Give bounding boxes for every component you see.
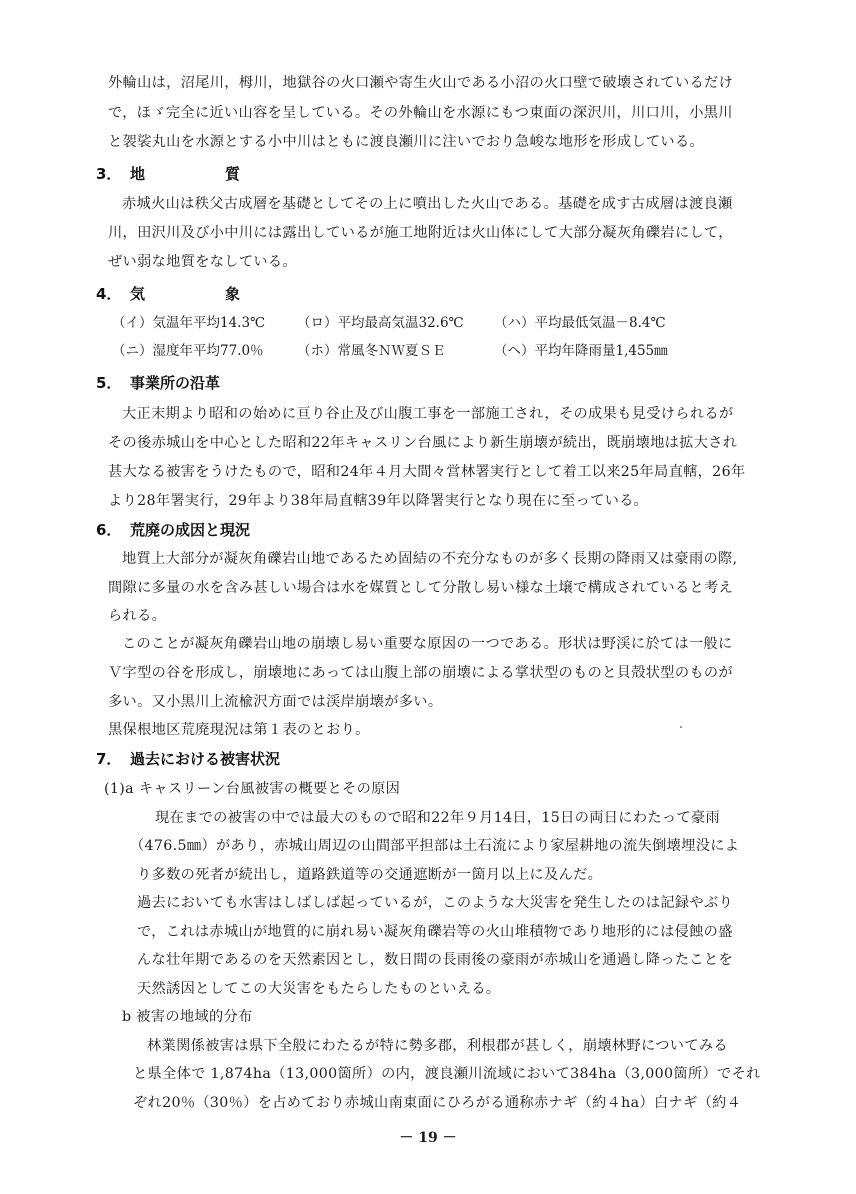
scan-speck [680,726,682,728]
section-7-heading: 7．過去における被害状況 [96,748,280,770]
section-number: 7． [96,748,130,770]
section-5-heading: 5．事業所の沿革 [96,372,220,394]
section-title-part: 地 [130,165,145,183]
section-number: 6． [96,519,130,541]
damage-a-line-5: で，これは赤城山が地質的に崩れ易い凝灰角礫岩等の火山堆積物であり地形的には侵蝕の… [137,922,733,942]
causes-line-7: 黒保根地区荒廃現況は第１表のとおり。 [108,720,370,740]
geology-line-1: 赤城火山は秩父古成層を基礎としてその上に噴出した火山である。基礎を成す古成層は渡… [122,194,733,214]
section-title-part: 質 [225,165,240,183]
history-line-3: 甚大なる被害をうけたもので，昭和24年４月大間々営林署実行として着工以来25年局… [108,462,745,482]
page-number: － 19 － [0,1127,856,1147]
damage-a-line-4: 過去においても水害はしばしば起っているが，このような大災害を発生したのは記録やぶ… [137,893,733,913]
section-title: 事業所の沿革 [130,374,220,392]
subsection-b-label: b 被害の地域的分布 [122,1007,253,1027]
section-title: 過去における被害状況 [130,750,280,768]
history-line-4: より28年署実行，29年より38年局直轄39年以降署実行となり現在に至っている。 [108,491,648,511]
causes-line-4: このことが凝灰角礫岩山地の崩壊し易い重要な原因の一つである。形状は野渓に於ては一… [122,634,733,654]
causes-line-2: 間隙に多量の水を含み甚しい場合は水を媒質として分散し易い様な土壌で構成されている… [108,578,733,598]
climate-item: （ロ）平均最高気温32.6℃ [297,313,464,333]
geology-line-3: ぜい弱な地質をなしている。 [108,252,297,272]
causes-line-1: 地質上大部分が凝灰角礫岩山地であるため固結の不充分なものが多く長期の降雨又は豪雨… [122,549,737,569]
geology-line-2: 川，田沢川及び小中川には露出しているが施工地附近は火山体にして大部分凝灰角礫岩に… [108,223,733,243]
section-4-heading: 4．気象 [96,283,240,305]
damage-b-line-1: 林業関係被害は県下全般にわたるが特に勢多郡，利根郡が甚しく，崩壊林野についてみる [147,1036,728,1056]
section-title-part: 気 [130,285,145,303]
intro-line-1: 外輪山は，沼尾川，栂川，地獄谷の火口瀬や寄生火山である小沼の火口壁で破壊されてい… [108,73,733,93]
section-number: 5． [96,372,130,394]
intro-line-3: と袈裟丸山を水源とする小中川はともに渡良瀬川に注いでおり急峻な地形を形成している… [108,132,704,152]
intro-line-2: で，ほゞ完全に近い山容を呈している。その外輪山を水源にもつ東面の深沢川，川口川，… [108,103,733,123]
damage-b-line-2: と県全体で 1,874ha（13,000箇所）の内，渡良瀬川流域において384h… [133,1064,761,1084]
section-title-part: 象 [225,285,240,303]
damage-b-line-3: ぞれ20％（30％）を占めており赤城山南東面にひろがる通称赤ナギ（約４ha）白ナ… [133,1093,741,1113]
climate-item: （ニ）湿度年平均77.0％ [112,341,264,361]
section-3-heading: 3．地質 [96,163,240,185]
section-title: 荒廃の成因と現況 [130,521,250,539]
causes-line-3: られる。 [108,606,166,626]
history-line-1: 大正末期より昭和の始めに亘り谷止及び山腹工事を一部施工され，その成果も見受けられ… [122,404,733,424]
damage-a-line-2: （476.5㎜）があり，赤城山周辺の山間部平担部は土石流により家屋耕地の流失倒壊… [130,836,739,856]
causes-line-5: Ｖ字型の谷を形成し，崩壊地にあっては山腹上部の崩壊による掌状型のものと貝殻状型の… [108,663,733,683]
damage-a-line-3: り多数の死者が続出し，道路鉄道等の交通遮断が一箇月以上に及んだ。 [137,865,602,885]
section-6-heading: 6．荒廃の成因と現況 [96,519,250,541]
subsection-a-label: (1)a キャスリーン台風被害の概要とその原因 [104,779,400,799]
damage-a-line-7: 天然誘因としてこの大災害をもたらしたものといえる。 [137,979,500,999]
damage-a-line-6: んな壮年期であるのを天然素因とし，数日間の長雨後の豪雨が赤城山を通過し降ったこと… [137,950,733,970]
section-number: 3． [96,163,130,185]
climate-item: （ハ）平均最低気温－8.4℃ [494,313,666,333]
history-line-2: その後赤城山を中心とした昭和22年キャスリン台風により新生崩壊が続出，既崩壊地は… [108,433,737,453]
climate-item: （イ）気温年平均14.3℃ [112,313,265,333]
causes-line-6: 多い。又小黒川上流楡沢方面では渓岸崩壊が多い。 [108,692,442,712]
section-number: 4． [96,283,130,305]
climate-item: （ホ）常風冬ＮＷ夏ＳＥ [297,341,446,361]
climate-item: （ヘ）平均年降雨量1,455㎜ [494,341,668,361]
damage-a-line-1: 現在までの被害の中では最大のもので昭和22年９月14日，15日の両日にわたって豪… [155,808,720,828]
